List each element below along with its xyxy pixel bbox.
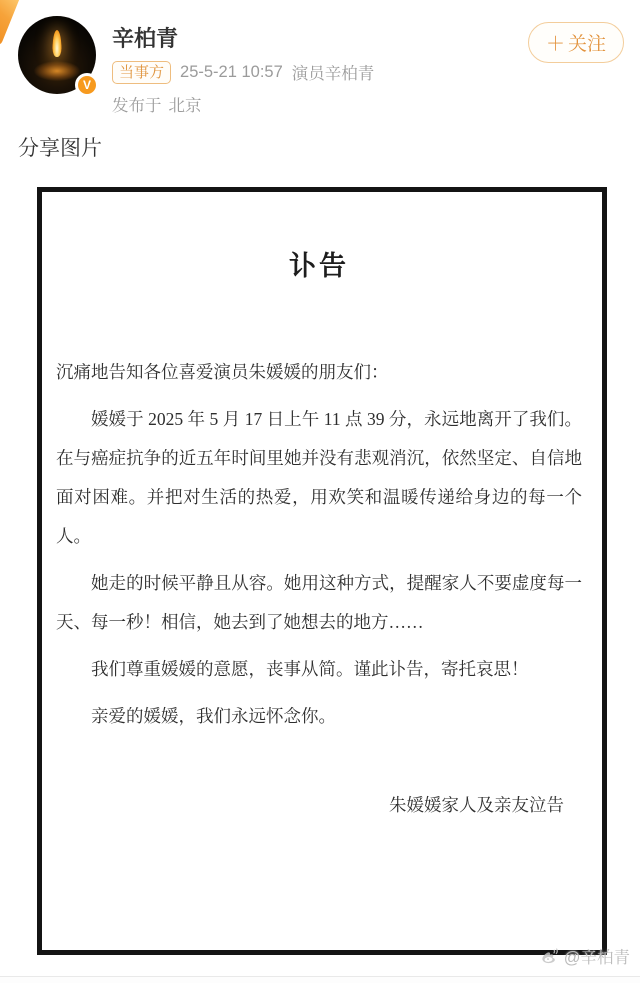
follow-button-label: 关注 [568,29,606,56]
party-badge: 当事方 [112,61,171,84]
obituary-paragraph: 我们尊重媛媛的意愿，丧事从简。谨此讣告，寄托哀思！ [56,650,582,689]
weibo-post-page: V 辛柏青 ＋ 关注 当事方 25-5-21 10:57 演员辛柏青 发布于 北… [0,0,640,983]
candle-glow [34,61,80,81]
obituary-paragraph: 她走的时候平静且从容。她用这种方式，提醒家人不要虚度每一天、每一秒！相信，她去到… [56,564,582,642]
follow-button[interactable]: ＋ 关注 [528,22,624,63]
source-label[interactable]: 演员辛柏青 [292,60,375,84]
image-watermark: @辛柏青 [540,944,630,968]
timestamp: 25-5-21 10:57 [180,63,283,82]
corner-decoration [0,0,22,47]
weibo-logo-icon [540,946,560,966]
verified-badge-icon: V [75,73,99,97]
post-meta-row: 当事方 25-5-21 10:57 演员辛柏青 [112,60,374,84]
section-divider [0,976,640,983]
location-row: 发布于 北京 [112,92,202,116]
candle-flame-icon [53,30,62,57]
obituary-body: 沉痛地告知各位喜爱演员朱媛媛的朋友们： 媛媛于 2025 年 5 月 17 日上… [56,353,582,736]
location-prefix: 发布于 [112,92,162,116]
avatar[interactable]: V [18,16,96,94]
obituary-image[interactable]: 讣告 沉痛地告知各位喜爱演员朱媛媛的朋友们： 媛媛于 2025 年 5 月 17… [37,187,607,955]
post-text: 分享图片 [18,132,102,162]
username[interactable]: 辛柏青 [112,22,178,53]
obituary-salutation: 沉痛地告知各位喜爱演员朱媛媛的朋友们： [56,353,582,392]
obituary-paragraph: 媛媛于 2025 年 5 月 17 日上午 11 点 39 分，永远地离开了我们… [56,400,582,556]
obituary-signature: 朱媛媛家人及亲友泣告 [56,792,582,817]
plus-icon: ＋ [546,29,565,56]
location[interactable]: 北京 [169,92,202,116]
obituary-title: 讣告 [56,244,582,283]
watermark-text: @辛柏青 [564,944,630,968]
obituary-paragraph: 亲爱的媛媛，我们永远怀念你。 [56,697,582,736]
